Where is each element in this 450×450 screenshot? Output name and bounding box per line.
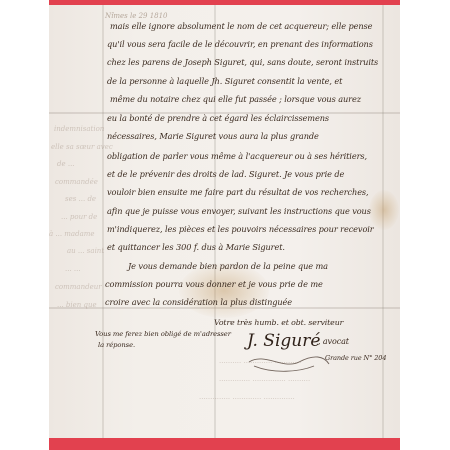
letter-body-line: vouloir bien ensuite me faire part du ré…	[107, 187, 369, 197]
postscript-line: Vous me ferez bien obligé de m'adresser	[95, 330, 231, 338]
show-through-text: au ... saint	[67, 247, 104, 255]
show-through-text: à ... madame	[49, 230, 95, 238]
letter-body-line: qu'il vous sera facile de le découvrir, …	[107, 39, 373, 49]
show-through-text: elle sa sœur avec	[51, 143, 113, 151]
letter-date: Nîmes le 29 1810	[105, 12, 168, 20]
closing-line: Je vous demande bien pardon de la peine …	[128, 261, 328, 271]
letter-page: indemnisation elle sa sœur avec de ... c…	[49, 5, 400, 438]
fold-line-vertical	[214, 5, 216, 438]
closing-line: croire avec la considération la plus dis…	[105, 297, 292, 307]
letter-body-line: obligation de parler vous même à l'acque…	[107, 151, 367, 161]
show-through-text: ... bien que	[57, 301, 97, 309]
letter-body-line: chez les parens de Joseph Siguret, qui, …	[107, 57, 378, 67]
valediction: Votre très humb. et obt. serviteur	[214, 318, 343, 327]
show-through-text: ... pour de	[61, 213, 97, 221]
fold-line-vertical	[102, 5, 104, 438]
letter-body-line: de la personne à laquelle Jh. Siguret co…	[107, 76, 342, 86]
closing-line: commission pourra vous donner et je vous…	[105, 279, 323, 289]
show-through-text: commandeur	[55, 283, 102, 291]
signature-flourish-icon	[244, 352, 334, 374]
foxing-stain	[179, 263, 269, 318]
show-through-text: indemnisation	[54, 125, 104, 133]
letter-body-line: nécessaires, Marie Siguret vous aura la …	[107, 131, 319, 141]
postscript-line: la réponse.	[98, 341, 135, 349]
signature-title: , avocat	[318, 337, 349, 346]
show-through-text: ... ...	[65, 265, 81, 273]
letter-body-line: et quittancer les 300 f. dus à Marie Sig…	[107, 242, 285, 252]
letter-body-line: eu la bonté de prendre à cet égard les é…	[107, 113, 329, 123]
letter-body-line: mais elle ignore absolument le nom de ce…	[110, 21, 372, 31]
letter-body-line: m'indiquerez, les pièces et les pouvoirs…	[107, 224, 374, 234]
signature-name: J. Siguré	[247, 331, 320, 351]
letter-body-line: afin que je puisse vous envoyer, suivant…	[107, 206, 371, 216]
show-through-text: de ...	[57, 160, 75, 168]
letter-body-line: et de le prévenir des droits de lad. Sig…	[107, 169, 344, 179]
bottom-red-border	[49, 438, 400, 450]
show-through-text: ses ... de	[65, 195, 96, 203]
show-through-text: commandée	[55, 178, 98, 186]
letter-body-line: même du notaire chez qui elle fut passée…	[110, 94, 361, 104]
signature-address: Grande rue N° 204	[325, 354, 386, 362]
